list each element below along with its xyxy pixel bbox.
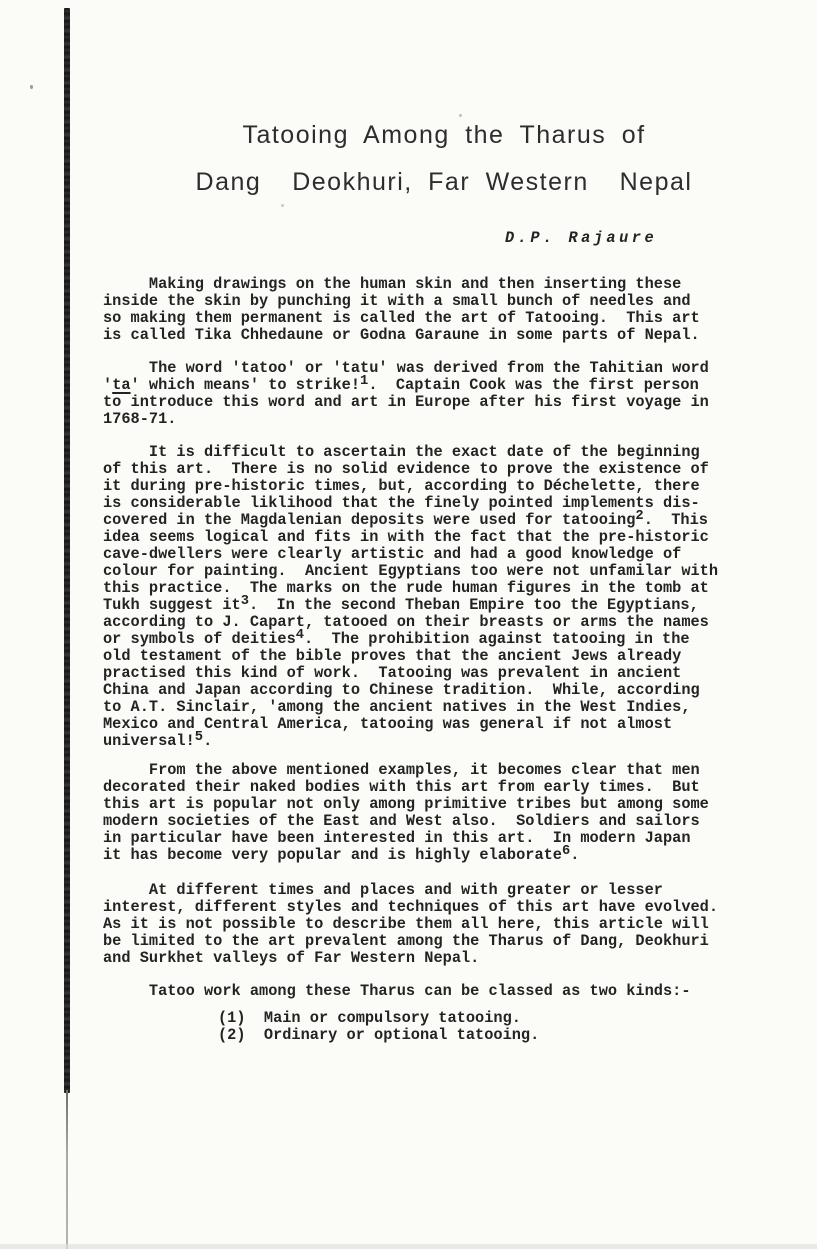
page-bottom-edge — [0, 1244, 817, 1249]
paragraph-intro-definition: Making drawings on the human skin and th… — [103, 276, 700, 344]
paragraph-popularity: From the above mentioned examples, it be… — [103, 762, 709, 864]
paragraph-history: It is difficult to ascertain the exact d… — [103, 444, 718, 750]
scan-speck — [30, 85, 33, 89]
scan-speck — [459, 114, 462, 117]
scan-speck — [281, 204, 284, 207]
document-title-line-1: Tatooing Among the Tharus of — [71, 120, 817, 150]
book-binding-line — [66, 1090, 68, 1249]
paragraph-scope: At different times and places and with g… — [103, 882, 718, 967]
author-byline: D.P. Rajaure — [505, 229, 657, 247]
book-binding-strip — [64, 8, 70, 1093]
document-title-line-2: Dang Deokhuri, Far Western Nepal — [71, 167, 817, 197]
paragraph-two-kinds: Tatoo work among these Tharus can be cla… — [103, 983, 691, 1000]
tatoo-kinds-list: (1) Main or compulsory tatooing. (2) Ord… — [218, 1010, 539, 1044]
paragraph-word-origin: The word 'tatoo' or 'tatu' was derived f… — [103, 360, 709, 428]
scanned-document-page: Tatooing Among the Tharus of Dang Deokhu… — [0, 0, 817, 1249]
